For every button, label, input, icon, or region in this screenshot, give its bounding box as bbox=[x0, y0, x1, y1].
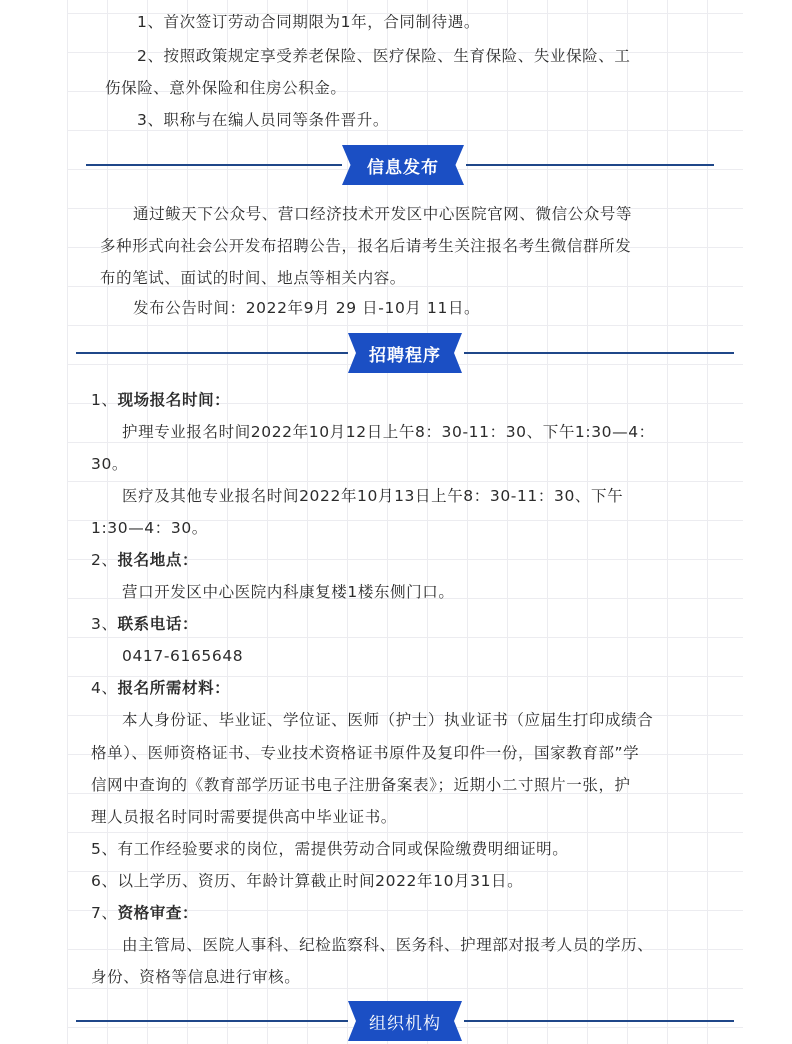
step-1-medical-line-2: 1:30—4：30。 bbox=[91, 518, 208, 538]
divider-left bbox=[86, 164, 342, 166]
step-7-heading: 7、资格审查： bbox=[91, 903, 198, 923]
divider-right bbox=[466, 164, 714, 166]
benefit-item-2-line-1: 2、按照政策规定享受养老保险、医疗保险、生育保险、失业保险、工 bbox=[137, 46, 630, 66]
step-2-number: 2、 bbox=[91, 551, 118, 569]
step-1-nursing-line-2: 30。 bbox=[91, 454, 128, 474]
section-title-info-release: 信息发布 bbox=[342, 145, 464, 185]
step-7-line-1: 由主管局、医院人事科、纪检监察科、医务科、护理部对报考人员的学历、 bbox=[122, 935, 653, 955]
publish-time: 发布公告时间：2022年9月 29 日-10月 11日。 bbox=[133, 298, 480, 318]
step-2-value: 营口开发区中心医院内科康复楼1楼东侧门口。 bbox=[122, 582, 454, 602]
step-7-label: 资格审查： bbox=[118, 904, 199, 922]
divider-left bbox=[76, 352, 348, 354]
step-3-label: 联系电话： bbox=[118, 615, 199, 633]
divider-right bbox=[464, 352, 734, 354]
benefit-item-1: 1、首次签订劳动合同期限为1年，合同制待遇。 bbox=[137, 12, 480, 32]
step-7-line-2: 身份、资格等信息进行审核。 bbox=[91, 967, 300, 987]
step-1-label: 现场报名时间： bbox=[118, 391, 231, 409]
step-7-number: 7、 bbox=[91, 904, 118, 922]
phone-number: 0417-6165648 bbox=[122, 646, 243, 666]
section-title-organization: 组织机构 bbox=[348, 1001, 462, 1041]
step-3-heading: 3、联系电话： bbox=[91, 614, 198, 634]
step-4-label: 报名所需材料： bbox=[118, 679, 231, 697]
step-1-heading: 1、现场报名时间： bbox=[91, 390, 230, 410]
step-1-medical-line-1: 医疗及其他专业报名时间2022年10月13日上午8：30-11：30、下午 bbox=[122, 486, 623, 506]
step-2-heading: 2、报名地点： bbox=[91, 550, 198, 570]
step-4-line-2: 格单）、医师资格证书、专业技术资格证书原件及复印件一份，国家教育部”学 bbox=[91, 743, 639, 763]
step-6: 6、以上学历、资历、年龄计算截止时间2022年10月31日。 bbox=[91, 871, 523, 891]
section-header-organization: 组织机构 bbox=[0, 1001, 792, 1041]
step-2-label: 报名地点： bbox=[118, 551, 199, 569]
step-1-nursing-line-1: 护理专业报名时间2022年10月12日上午8：30-11：30、下午1:30—4… bbox=[122, 422, 655, 442]
step-4-line-4: 理人员报名时同时需要提供高中毕业证书。 bbox=[91, 807, 397, 827]
divider-right bbox=[464, 1020, 734, 1022]
step-4-number: 4、 bbox=[91, 679, 118, 697]
article-content: 1、首次签订劳动合同期限为1年，合同制待遇。 2、按照政策规定享受养老保险、医疗… bbox=[0, 0, 792, 1044]
section-header-info-release: 信息发布 bbox=[0, 145, 792, 185]
step-4-line-3: 信网中查询的《教育部学历证书电子注册备案表》；近期小二寸照片一张，护 bbox=[91, 775, 631, 795]
step-3-number: 3、 bbox=[91, 615, 118, 633]
info-paragraph-line-2: 多种形式向社会公开发布招聘公告，报名后请考生关注报名考生微信群所发 bbox=[100, 236, 631, 256]
divider-left bbox=[76, 1020, 348, 1022]
benefit-item-3: 3、职称与在编人员同等条件晋升。 bbox=[137, 110, 389, 130]
section-title-procedure: 招聘程序 bbox=[348, 333, 462, 373]
info-paragraph-line-3: 布的笔试、面试的时间、地点等相关内容。 bbox=[100, 268, 406, 288]
benefit-item-2-line-2: 伤保险、意外保险和住房公积金。 bbox=[105, 78, 347, 98]
section-header-procedure: 招聘程序 bbox=[0, 333, 792, 373]
step-5: 5、有工作经验要求的岗位，需提供劳动合同或保险缴费明细证明。 bbox=[91, 839, 568, 859]
step-4-heading: 4、报名所需材料： bbox=[91, 678, 230, 698]
step-4-line-1: 本人身份证、毕业证、学位证、医师（护士）执业证书（应届生打印成绩合 bbox=[122, 710, 653, 730]
step-1-number: 1、 bbox=[91, 391, 118, 409]
info-paragraph-line-1: 通过鲅天下公众号、营口经济技术开发区中心医院官网、微信公众号等 bbox=[133, 204, 632, 224]
